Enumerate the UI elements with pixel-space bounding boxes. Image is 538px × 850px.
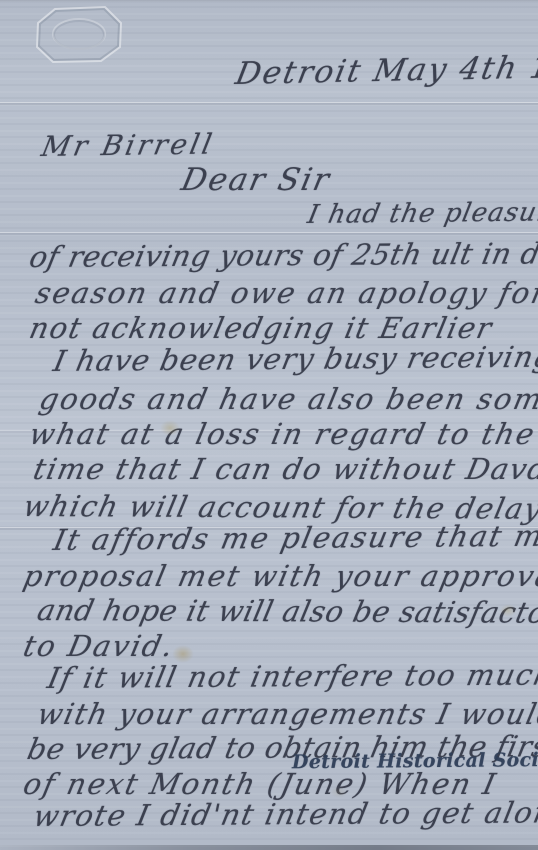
letter-body-line: I had the pleasure	[305, 197, 538, 230]
letter-body-line: wrote I did'nt intend to get along	[31, 795, 538, 833]
paper-bottom-edge	[0, 845, 538, 850]
letter-body-line: be very glad to obtain him the first	[24, 729, 538, 766]
fold-crease	[0, 232, 538, 235]
letter-body-line: goods and have also been some	[36, 382, 538, 416]
embossed-seal-icon	[33, 3, 125, 65]
letter-body-line: not acknowledging it Earlier	[26, 311, 496, 345]
letter-body-line: It affords me pleasure that my	[51, 519, 538, 557]
letter-date-line: Detroit May 4th 1853 -	[233, 48, 538, 92]
letter-page: Detroit May 4th 1853 - Mr Birrell Dear S…	[0, 0, 538, 850]
letter-body-line: of next Month (June) When I	[20, 767, 500, 801]
letter-body-line: to David.	[20, 629, 178, 663]
paper-stain	[500, 604, 516, 617]
paper-stain	[172, 645, 194, 663]
fold-crease	[0, 527, 538, 530]
paper-texture	[0, 0, 538, 850]
letter-recipient: Mr Birrell	[39, 128, 218, 163]
paper-stain	[330, 786, 348, 798]
letter-body-line: what at a loss in regard to the	[26, 417, 538, 451]
letter-body-line: I have been very busy receiving	[51, 340, 538, 378]
letter-body-line: If it will not interfere too much	[45, 657, 538, 695]
paper-stain	[160, 420, 180, 436]
letter-body-line: which will account for the delay	[20, 489, 538, 526]
fold-crease	[0, 430, 538, 433]
letter-body-line: and hope it will also be satisfactory	[34, 593, 538, 630]
archive-watermark: Detroit Historical Society	[292, 749, 538, 773]
letter-salutation: Dear Sir	[178, 162, 334, 198]
letter-body-line: time that I can do without Davd	[30, 452, 538, 486]
letter-body-line: season and owe an apology for	[32, 276, 538, 310]
fold-crease	[0, 102, 538, 105]
letter-body-line: with your arrangements I would	[34, 697, 538, 731]
letter-body-line: proposal met with your approval	[20, 559, 538, 593]
letter-body-line: of receiving yours of 25th ult in due	[27, 236, 538, 274]
paper-top-edge	[0, 0, 538, 3]
